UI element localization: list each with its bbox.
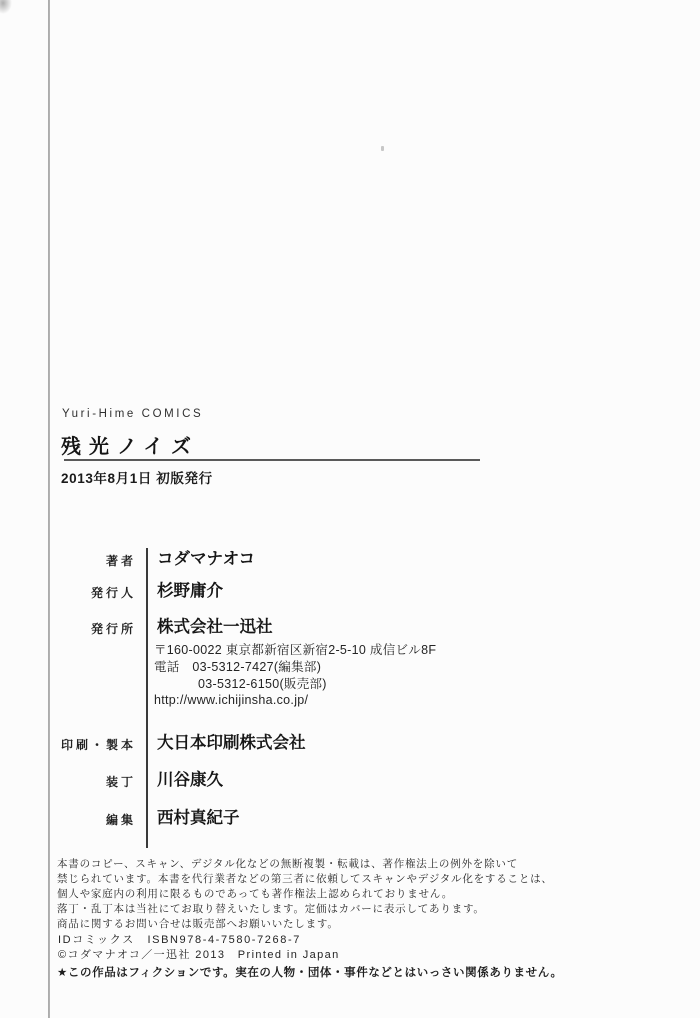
page-edge-line <box>48 0 50 1018</box>
credit-label-publisher: 発行所 <box>40 620 136 637</box>
publisher-address: 〒160-0022 東京都新宿区新宿2-5-10 成信ビル8F <box>154 642 436 659</box>
credit-label-publisher-person: 発行人 <box>40 584 136 601</box>
colophon-page: Yuri-Hime COMICS 残光ノイズ 2013年8月1日 初版発行 著者… <box>0 0 700 1018</box>
credit-value-editing: 西村真紀子 <box>157 808 240 828</box>
publisher-name: 株式会社一迅社 <box>157 617 273 637</box>
publisher-url: http://www.ichijinsha.co.jp/ <box>154 692 436 709</box>
title-rule <box>64 459 480 461</box>
scan-speck-artifact <box>381 146 384 151</box>
publisher-phone-editorial: 電話 03-5312-7427(編集部) <box>154 659 436 676</box>
publisher-phone-sales: 03-5312-6150(販売部) <box>198 676 436 693</box>
credits-divider-line <box>146 548 148 848</box>
scan-corner-artifact <box>0 0 12 14</box>
legal-line: 落丁・乱丁本は当社にてお取り替えいたします。定価はカバーに表示してあります。 <box>57 902 553 917</box>
credit-value-publisher-person: 杉野庸介 <box>157 581 223 601</box>
credit-label-printing: 印刷・製本 <box>40 736 136 753</box>
credit-label-author: 著者 <box>40 552 136 569</box>
legal-line: 商品に関するお問い合せは販売部へお願いいたします。 <box>57 917 553 932</box>
edition-date: 2013年8月1日 初版発行 <box>61 467 213 487</box>
credit-label-design: 装丁 <box>40 773 136 790</box>
publisher-details: 〒160-0022 東京都新宿区新宿2-5-10 成信ビル8F 電話 03-53… <box>154 642 436 709</box>
copyright-line: ©コダマナオコ／一迅社 2013 Printed in Japan <box>58 946 340 962</box>
legal-line: 個人や家庭内の利用に限るものであっても著作権法上認められておりません。 <box>57 887 553 902</box>
imprint-isbn: IDコミックス ISBN978-4-7580-7268-7 <box>58 931 301 947</box>
credit-value-printing: 大日本印刷株式会社 <box>157 733 306 753</box>
credit-value-author: コダマナオコ <box>157 549 255 569</box>
legal-notice: 本書のコピー、スキャン、デジタル化などの無断複製・転載は、著作権法上の例外を除い… <box>57 857 553 932</box>
credit-value-design: 川谷康久 <box>157 770 223 790</box>
credit-label-editing: 編集 <box>40 811 136 828</box>
book-title: 残光ノイズ <box>61 430 199 459</box>
fiction-disclaimer: ★この作品はフィクションです。実在の人物・団体・事件などとはいっさい関係ありませ… <box>57 964 563 980</box>
legal-line: 本書のコピー、スキャン、デジタル化などの無断複製・転載は、著作権法上の例外を除い… <box>57 857 553 872</box>
series-label: Yuri-Hime COMICS <box>62 408 203 420</box>
legal-line: 禁じられています。本書を代行業者などの第三者に依頼してスキャンやデジタル化をする… <box>57 872 553 887</box>
